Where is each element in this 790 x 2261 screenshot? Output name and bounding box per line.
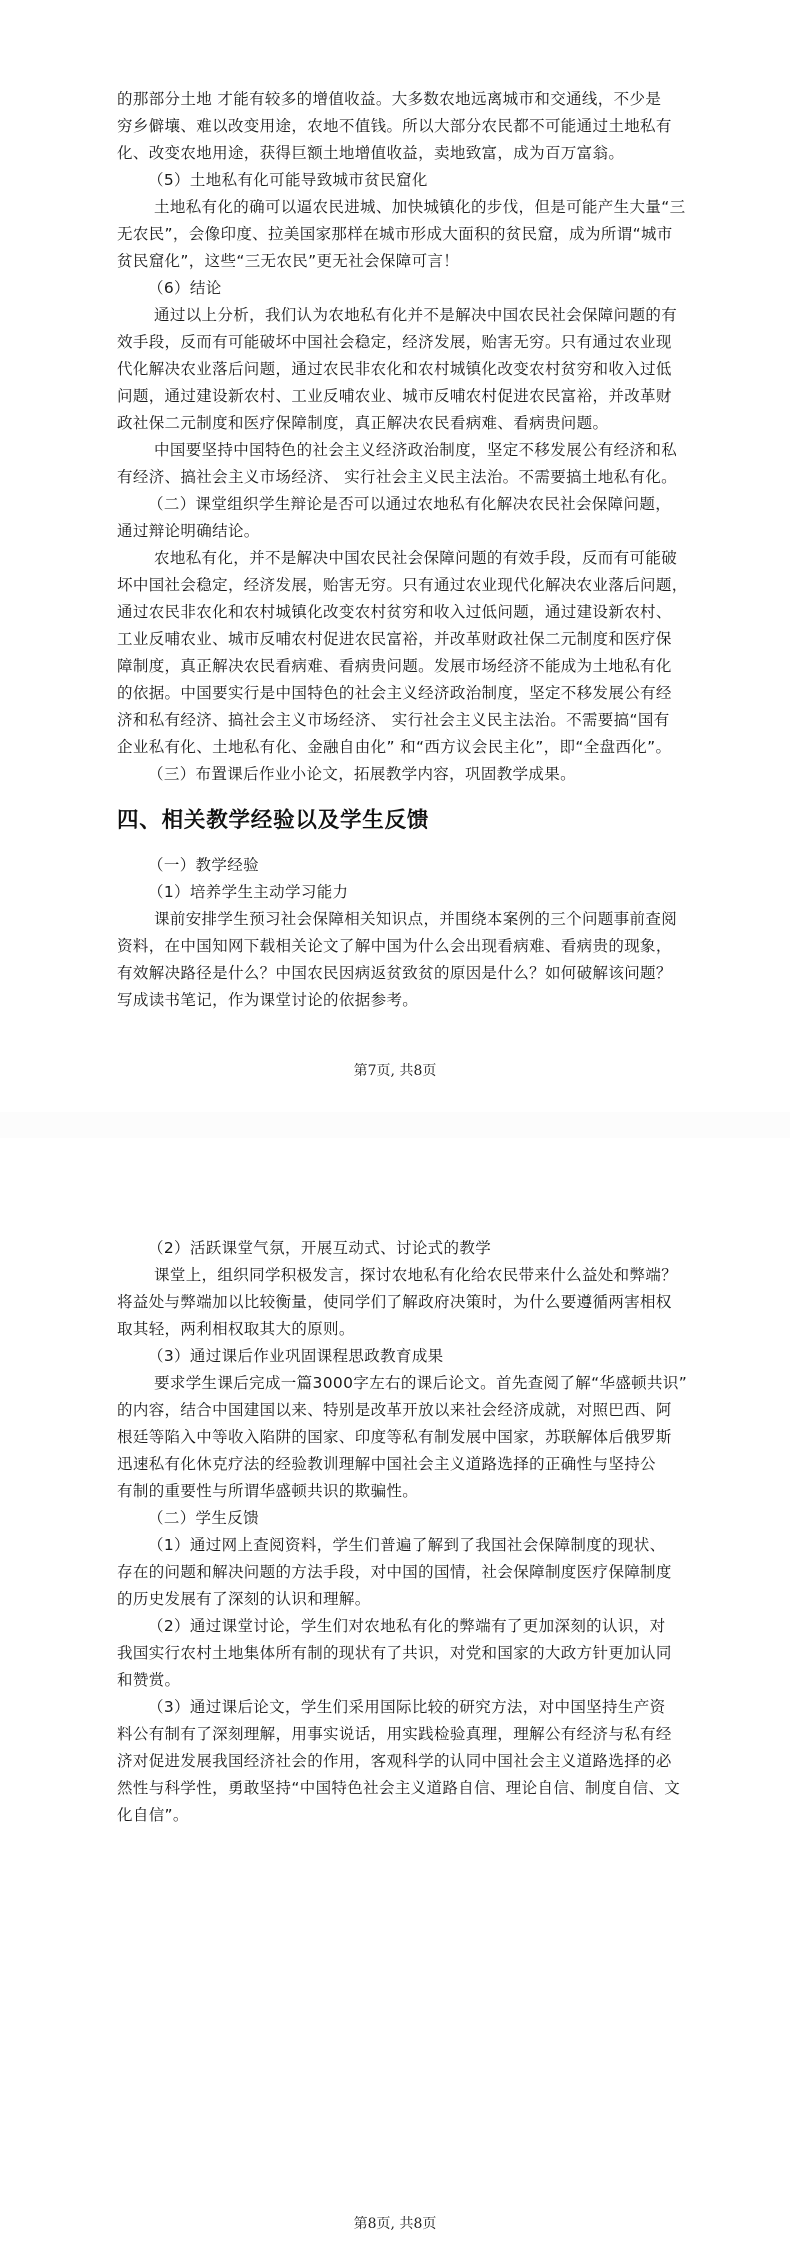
subsection-title: （2）活跃课堂气氛，开展互动式、讨论式的教学	[148, 1235, 708, 1262]
paragraph-line: 贫民窟化”，这些“三无农民”更无社会保障可言！	[117, 248, 677, 275]
paragraph-line: 济和私有经济、搞社会主义市场经济、 实行社会主义民主法治。不需要搞“国有	[117, 707, 677, 734]
subsection-title: （二）学生反馈	[148, 1505, 708, 1532]
paragraph-line: 坏中国社会稳定，经济发展，贻害无穷。只有通过农业现代化解决农业落后问题，	[117, 572, 677, 599]
paragraph-line: 化自信”。	[117, 1802, 677, 1829]
paragraph-line: 农地私有化，并不是解决中国农民社会保障问题的有效手段，反而有可能破	[154, 545, 714, 572]
paragraph-line: 课前安排学生预习社会保障相关知识点，并围绕本案例的三个问题事前查阅	[154, 906, 714, 933]
paragraph-line: 中国要坚持中国特色的社会主义经济政治制度，坚定不移发展公有经济和私	[154, 437, 714, 464]
paragraph-line: 代化解决农业落后问题，通过农民非农化和农村城镇化改变农村贫穷和收入过低	[117, 356, 677, 383]
paragraph-line: 土地私有化的确可以逼农民进城、加快城镇化的步伐，但是可能产生大量“三	[154, 194, 714, 221]
paragraph-line: 的内容，结合中国建国以来、特别是改革开放以来社会经济成就，对照巴西、阿	[117, 1397, 677, 1424]
subsection-title: （1）培养学生主动学习能力	[148, 879, 708, 906]
paragraph-line: 有制的重要性与所谓华盛顿共识的欺骗性。	[117, 1478, 677, 1505]
paragraph-line: 效手段，反而有可能破坏中国社会稳定，经济发展，贻害无穷。只有通过农业现	[117, 329, 677, 356]
paragraph-line: 工业反哺农业、城市反哺农村促进农民富裕，并改革财政社保二元制度和医疗保	[117, 626, 677, 653]
paragraph-line: 我国实行农村土地集体所有制的现状有了共识，对党和国家的大政方针更加认同	[117, 1640, 677, 1667]
paragraph-line: 有经济、搞社会主义市场经济、 实行社会主义民主法治。不需要搞土地私有化。	[117, 464, 677, 491]
paragraph-line: 的历史发展有了深刻的认识和理解。	[117, 1586, 677, 1613]
paragraph-line: （3）通过课后论文，学生们采用国际比较的研究方法，对中国坚持生产资	[148, 1694, 708, 1721]
document-page-8: （2）活跃课堂气氛，开展互动式、讨论式的教学 课堂上，组织同学积极发言，探讨农地…	[0, 1138, 790, 2261]
paragraph-line: 和赞赏。	[117, 1667, 677, 1694]
page-footer: 第8页, 共8页	[0, 2213, 790, 2233]
paragraph-line: 的依据。中国要实行是中国特色的社会主义经济政治制度，坚定不移发展公有经	[117, 680, 677, 707]
paragraph-line: 问题，通过建设新农村、工业反哺农业、城市反哺农村促进农民富裕，并改革财	[117, 383, 677, 410]
paragraph-line: 有效解决路径是什么？中国农民因病返贫致贫的原因是什么？如何破解该问题？	[117, 960, 677, 987]
paragraph-line: 的那部分土地 才能有较多的增值收益。大多数农地远离城市和交通线，不少是	[117, 86, 677, 113]
paragraph-line: 迅速私有化休克疗法的经验教训理解中国社会主义道路选择的正确性与坚持公	[117, 1451, 677, 1478]
document-page-7: 的那部分土地 才能有较多的增值收益。大多数农地远离城市和交通线，不少是 穷乡僻壤…	[0, 0, 790, 1112]
paragraph-line: 政社保二元制度和医疗保障制度，真正解决农民看病难、看病贵问题。	[117, 410, 677, 437]
paragraph-line: 要求学生课后完成一篇3000字左右的课后论文。首先查阅了解“华盛顿共识”	[154, 1370, 714, 1397]
paragraph-line: 通过农民非农化和农村城镇化改变农村贫穷和收入过低问题，通过建设新农村、	[117, 599, 677, 626]
page-footer: 第7页, 共8页	[0, 1060, 790, 1080]
page-separator	[0, 1112, 790, 1138]
paragraph-line: 存在的问题和解决问题的方法手段，对中国的国情，社会保障制度医疗保障制度	[117, 1559, 677, 1586]
paragraph-line: 料公有制有了深刻理解，用事实说话，用实践检验真理，理解公有经济与私有经	[117, 1721, 677, 1748]
paragraph-line: 通过辩论明确结论。	[117, 518, 677, 545]
paragraph-line: （1）通过网上查阅资料，学生们普遍了解到了我国社会保障制度的现状、	[148, 1532, 708, 1559]
paragraph-line: 将益处与弊端加以比较衡量，使同学们了解政府决策时，为什么要遵循两害相权	[117, 1289, 677, 1316]
paragraph-line: 障制度，真正解决农民看病难、看病贵问题。发展市场经济不能成为土地私有化	[117, 653, 677, 680]
paragraph-line: 根廷等陷入中等收入陷阱的国家、印度等私有制发展中国家，苏联解体后俄罗斯	[117, 1424, 677, 1451]
paragraph-line: 穷乡僻壤、难以改变用途，农地不值钱。所以大部分农民都不可能通过土地私有	[117, 113, 677, 140]
paragraph-line: 然性与科学性，勇敢坚持“中国特色社会主义道路自信、理论自信、制度自信、文	[117, 1775, 677, 1802]
paragraph-line: 课堂上，组织同学积极发言，探讨农地私有化给农民带来什么益处和弊端？	[154, 1262, 714, 1289]
subsection-title: （一）教学经验	[148, 852, 708, 879]
paragraph-line: 资料，在中国知网下载相关论文了解中国为什么会出现看病难、看病贵的现象，	[117, 933, 677, 960]
paragraph-line: 无农民”，会像印度、拉美国家那样在城市形成大面积的贫民窟，成为所谓“城市	[117, 221, 677, 248]
paragraph-line: 取其轻，两利相权取其大的原则。	[117, 1316, 677, 1343]
paragraph-line: 通过以上分析，我们认为农地私有化并不是解决中国农民社会保障问题的有	[154, 302, 714, 329]
paragraph-line: 化、改变农地用途，获得巨额土地增值收益，卖地致富，成为百万富翁。	[117, 140, 677, 167]
paragraph-line: 写成读书笔记，作为课堂讨论的依据参考。	[117, 987, 677, 1014]
subsection-title: （3）通过课后作业巩固课程思政教育成果	[148, 1343, 708, 1370]
subsection-title: （6）结论	[148, 275, 708, 302]
subsection-title: （二）课堂组织学生辩论是否可以通过农地私有化解决农民社会保障问题，	[148, 491, 708, 518]
paragraph-line: 济对促进发展我国经济社会的作用，客观科学的认同中国社会主义道路选择的必	[117, 1748, 677, 1775]
subsection-title: （5）土地私有化可能导致城市贫民窟化	[148, 167, 708, 194]
paragraph-line: 企业私有化、土地私有化、金融自由化” 和“西方议会民主化”，即“全盘西化”。	[117, 734, 677, 761]
subsection-title: （三）布置课后作业小论文，拓展教学内容，巩固教学成果。	[148, 761, 708, 788]
paragraph-line: （2）通过课堂讨论，学生们对农地私有化的弊端有了更加深刻的认识，对	[148, 1613, 708, 1640]
section-heading: 四、相关教学经验以及学生反馈	[117, 806, 429, 836]
